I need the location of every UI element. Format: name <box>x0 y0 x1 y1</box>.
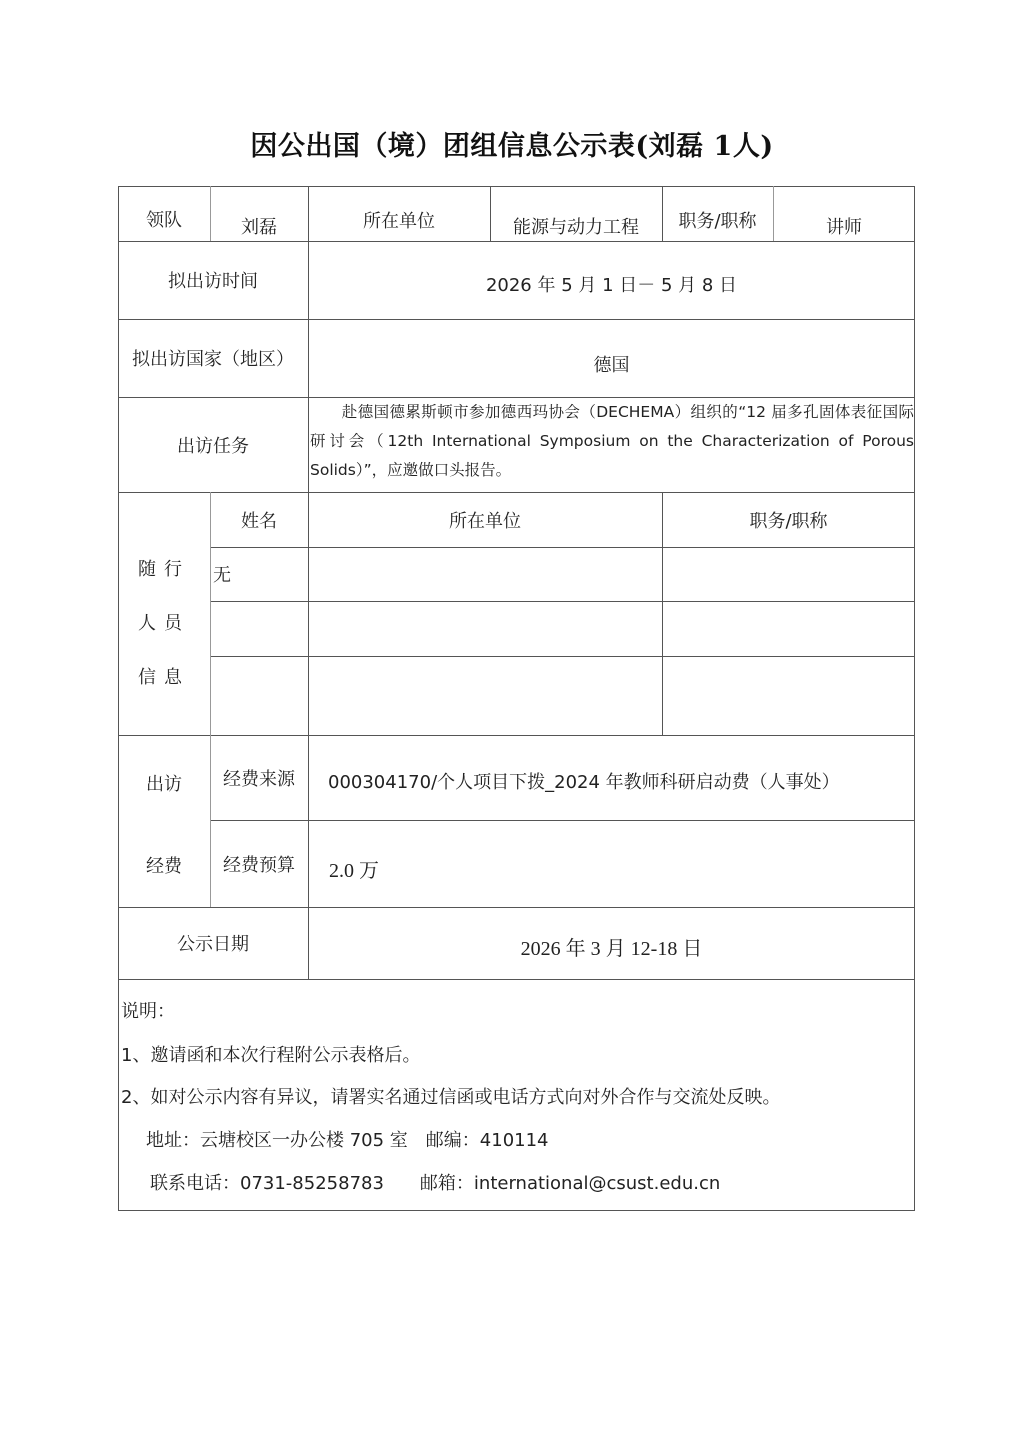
companions-label-line: 人员 <box>138 597 190 651</box>
companion-unit-header: 所在单位 <box>308 492 662 547</box>
visit-time-value: 2026 年 5 月 1 日－ 5 月 8 日 <box>308 245 915 323</box>
funding-section-label-1: 出访 <box>118 760 210 805</box>
companion-unit-cell <box>308 547 662 601</box>
funding-source-label: 经费来源 <box>210 735 308 820</box>
funding-source-value: 000304170/个人项目下拨_2024 年教师科研启动费（人事处） <box>328 738 915 823</box>
companions-label-line: 随行 <box>138 543 190 597</box>
unit-label: 所在单位 <box>308 198 490 241</box>
companion-unit-cell <box>308 601 662 656</box>
position-value: 讲师 <box>773 206 915 246</box>
companions-section-label: 随行 人员 信息 <box>118 492 210 735</box>
notes-heading: 说明： <box>121 997 175 1023</box>
visit-country-value: 德国 <box>308 325 915 403</box>
companion-name-cell: 无 <box>213 547 308 601</box>
visit-task-label: 出访任务 <box>118 397 308 492</box>
visit-country-label: 拟出访国家（地区） <box>118 319 308 397</box>
companion-name-cell <box>213 601 308 656</box>
position-label: 职务/职称 <box>662 198 773 241</box>
funding-section-label-2: 经费 <box>118 842 210 887</box>
companion-position-header: 职务/职称 <box>662 492 915 547</box>
publicity-date-value: 2026 年 3 月 12-18 日 <box>308 910 915 982</box>
publicity-date-label: 公示日期 <box>118 907 308 979</box>
notes-address: 地址：云塘校区一办公楼 705 室 邮编：410114 <box>146 1126 549 1152</box>
companion-position-cell <box>662 547 915 601</box>
unit-value: 能源与动力工程 <box>490 206 662 246</box>
notes-contact: 联系电话：0731-85258783 邮箱：international@csus… <box>150 1169 720 1195</box>
visit-time-label: 拟出访时间 <box>118 241 308 319</box>
companion-name-cell <box>213 656 308 735</box>
funding-budget-value: 2.0 万 <box>329 825 915 912</box>
document-title: 因公出国（境）团组信息公示表(刘磊 1人) <box>0 124 1024 163</box>
companion-position-cell <box>662 656 915 735</box>
leader-name: 刘磊 <box>210 206 308 246</box>
companion-name-header: 姓名 <box>210 492 308 547</box>
notes-item-1: 1、邀请函和本次行程附公示表格后。 <box>121 1041 420 1067</box>
visit-task-value: 赴德国德累斯顿市参加德西玛协会（DECHEMA）组织的“12 届多孔固体表征国际… <box>310 398 914 485</box>
companions-label-line: 信息 <box>138 651 190 705</box>
leader-label: 领队 <box>118 196 210 241</box>
companion-unit-cell <box>308 656 662 735</box>
funding-budget-label: 经费预算 <box>210 820 308 907</box>
companion-position-cell <box>662 601 915 656</box>
notes-item-2: 2、如对公示内容有异议，请署实名通过信函或电话方式向对外合作与交流处反映。 <box>121 1083 780 1109</box>
